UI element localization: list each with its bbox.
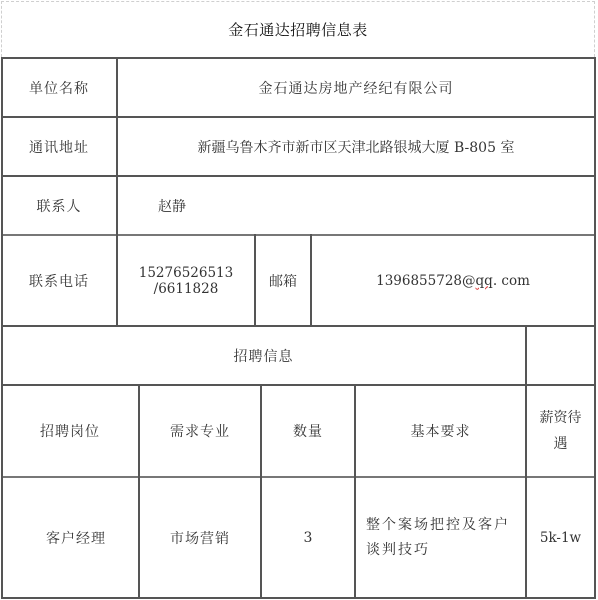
address-value: 新疆乌鲁木齐市新市区天津北路银城大厦 B-805 室: [118, 118, 594, 175]
header-salary-line1: 薪资待: [540, 405, 582, 431]
row-requirement-line2: 谈判技巧: [366, 538, 430, 563]
header-major: 需求专业: [140, 386, 260, 476]
company-label: 单位名称: [2, 59, 116, 116]
header-requirement: 基本要求: [356, 386, 525, 476]
row-count: 3: [262, 478, 354, 597]
phone-label: 联系电话: [2, 236, 116, 325]
address-label: 通讯地址: [2, 118, 116, 175]
email-value[interactable]: 1396855728@qq. com: [312, 236, 594, 325]
row-salary: 5k-1w: [527, 478, 594, 597]
divider: [1, 597, 596, 599]
contact-value: 赵静: [158, 177, 358, 234]
row-requirement: 整个案场把控及客户 谈判技巧: [356, 478, 525, 597]
phone-value: 15276526513 /6611828: [118, 236, 254, 325]
row-requirement-line1: 整个案场把控及客户: [366, 513, 510, 538]
email-suffix: . com: [493, 273, 530, 289]
row-position: 客户经理: [2, 478, 150, 597]
email-prefix: 1396855728@: [376, 273, 475, 289]
email-label: 邮箱: [256, 236, 310, 325]
page-title: 金石通达招聘信息表: [1, 1, 595, 57]
contact-label: 联系人: [2, 177, 116, 234]
header-position: 招聘岗位: [2, 386, 138, 476]
divider: [594, 57, 596, 599]
company-value: 金石通达房地产经纪有限公司: [118, 59, 594, 116]
header-salary: 薪资待 遇: [527, 386, 594, 476]
header-count: 数量: [262, 386, 354, 476]
recruit-section-title: 招聘信息: [2, 327, 525, 384]
row-major: 市场营销: [140, 478, 260, 597]
header-salary-line2: 遇: [554, 431, 568, 457]
email-domain: qq: [476, 273, 493, 289]
